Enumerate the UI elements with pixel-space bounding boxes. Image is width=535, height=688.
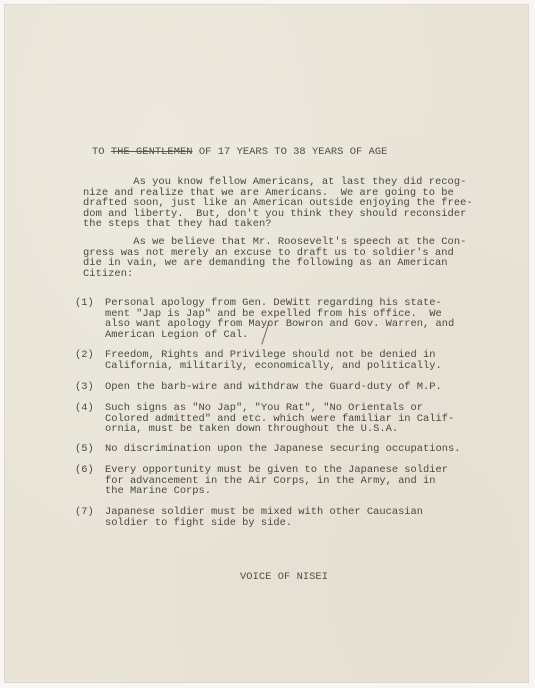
demand-number: (3) — [75, 382, 94, 393]
demand-text: Such signs as "No Jap", "You Rat", "No O… — [105, 403, 454, 435]
signature: VOICE OF NISEI — [240, 572, 328, 583]
title-suffix: OF 17 YEARS TO 38 YEARS OF AGE — [193, 146, 388, 158]
demand-number: (5) — [75, 444, 94, 455]
demand-text: Personal apology from Gen. DeWitt regard… — [105, 298, 454, 340]
typewritten-page: TO THE GENTLEMEN OF 17 YEARS TO 38 YEARS… — [5, 5, 528, 682]
demand-text: Open the barb-wire and withdraw the Guar… — [105, 382, 442, 393]
demand-text: Freedom, Rights and Privilege should not… — [105, 350, 442, 371]
document-title: TO THE GENTLEMEN OF 17 YEARS TO 38 YEARS… — [92, 147, 387, 158]
demand-number: (6) — [75, 465, 94, 476]
paragraph-intro: As you know fellow Americans, at last th… — [83, 177, 473, 230]
title-struck-text: THE GENTLEMEN — [111, 146, 193, 158]
demand-number: (2) — [75, 350, 94, 361]
demand-number: (7) — [75, 507, 94, 518]
demand-number: (1) — [75, 298, 94, 309]
demand-text: Japanese soldier must be mixed with othe… — [105, 507, 423, 528]
paragraph-belief: As we believe that Mr. Roosevelt's speec… — [83, 237, 466, 279]
demand-number: (4) — [75, 403, 94, 414]
demand-text: Every opportunity must be given to the J… — [105, 465, 448, 497]
demand-text: No discrimination upon the Japanese secu… — [105, 444, 460, 455]
title-prefix: TO — [92, 146, 111, 158]
